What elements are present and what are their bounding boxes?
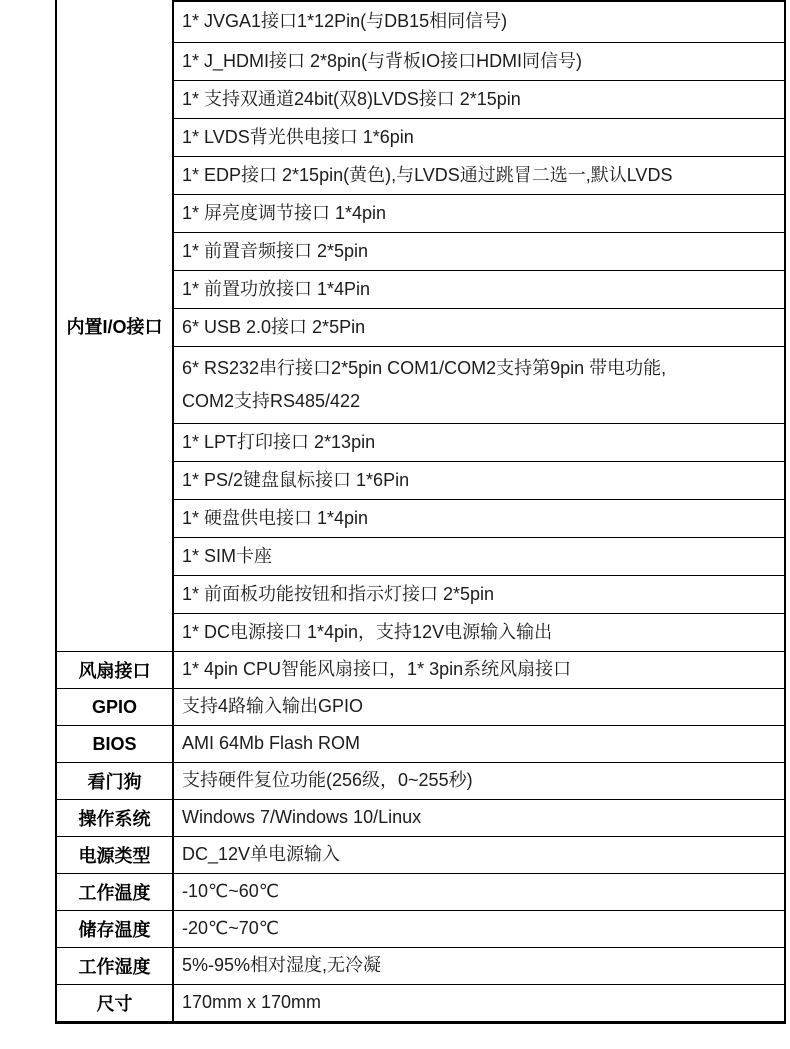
- spec-value-cell: 1* DC电源接口 1*4pin，支持12V电源输入输出: [174, 613, 784, 651]
- spec-value-cell: 1* 4pin CPU智能风扇接口，1* 3pin系统风扇接口: [174, 651, 784, 688]
- spec-value-cell: 1* EDP接口 2*15pin(黄色),与LVDS通过跳冒二选一,默认LVDS: [174, 156, 784, 194]
- spec-value-cell: 5%-95%相对湿度,无冷凝: [174, 947, 784, 984]
- spec-label-cell: 储存温度: [57, 910, 172, 947]
- spec-value-cell: 170mm x 170mm: [174, 984, 784, 1021]
- spec-value-cell: 1* 支持双通道24bit(双8)LVDS接口 2*15pin: [174, 80, 784, 118]
- spec-value-cell: 支持4路输入输出GPIO: [174, 688, 784, 725]
- spec-value-cell: 1* 前置音频接口 2*5pin: [174, 232, 784, 270]
- spec-value-column: 1* JVGA1接口1*12Pin(与DB15相同信号) 1* J_HDMI接口…: [174, 0, 784, 1021]
- spec-value-cell: 1* 前面板功能按钮和指示灯接口 2*5pin: [174, 575, 784, 613]
- spec-label-cell: 操作系统: [57, 799, 172, 836]
- spec-value-cell: -10℃~60℃: [174, 873, 784, 910]
- spec-value-cell: 1* LVDS背光供电接口 1*6pin: [174, 118, 784, 156]
- spec-label-cell: 看门狗: [57, 762, 172, 799]
- spec-value-cell: 1* 硬盘供电接口 1*4pin: [174, 499, 784, 537]
- spec-value-cell: 支持硬件复位功能(256级，0~255秒): [174, 762, 784, 799]
- spec-value-cell: DC_12V单电源输入: [174, 836, 784, 873]
- spec-value-cell: 6* USB 2.0接口 2*5Pin: [174, 308, 784, 346]
- spec-value-cell: Windows 7/Windows 10/Linux: [174, 799, 784, 836]
- spec-value-cell: 1* JVGA1接口1*12Pin(与DB15相同信号): [174, 0, 784, 42]
- spec-value-cell: AMI 64Mb Flash ROM: [174, 725, 784, 762]
- spec-table: 内置I/O接口 风扇接口 GPIO BIOS 看门狗 操作系统 电源类型 工作温…: [55, 0, 786, 1024]
- spec-label-cell: 工作湿度: [57, 947, 172, 984]
- spec-value-cell: 6* RS232串行接口2*5pin COM1/COM2支持第9pin 带电功能…: [174, 346, 784, 423]
- spec-value-cell: 1* 前置功放接口 1*4Pin: [174, 270, 784, 308]
- spec-label-cell: 风扇接口: [57, 651, 172, 688]
- spec-label-cell: 尺寸: [57, 984, 172, 1021]
- spec-value-cell: 1* LPT打印接口 2*13pin: [174, 423, 784, 461]
- spec-label-cell: 电源类型: [57, 836, 172, 873]
- spec-value-cell: 1* J_HDMI接口 2*8pin(与背板IO接口HDMI同信号): [174, 42, 784, 80]
- spec-label-column: 内置I/O接口 风扇接口 GPIO BIOS 看门狗 操作系统 电源类型 工作温…: [57, 0, 174, 1021]
- spec-value-cell: 1* PS/2键盘鼠标接口 1*6Pin: [174, 461, 784, 499]
- spec-label-cell: GPIO: [57, 688, 172, 725]
- spec-value-cell: 1* SIM卡座: [174, 537, 784, 575]
- spec-label-cell: 工作温度: [57, 873, 172, 910]
- spec-value-cell: -20℃~70℃: [174, 910, 784, 947]
- io-section-label-cell: 内置I/O接口: [57, 0, 172, 651]
- spec-label-cell: BIOS: [57, 725, 172, 762]
- spec-value-cell: 1* 屏亮度调节接口 1*4pin: [174, 194, 784, 232]
